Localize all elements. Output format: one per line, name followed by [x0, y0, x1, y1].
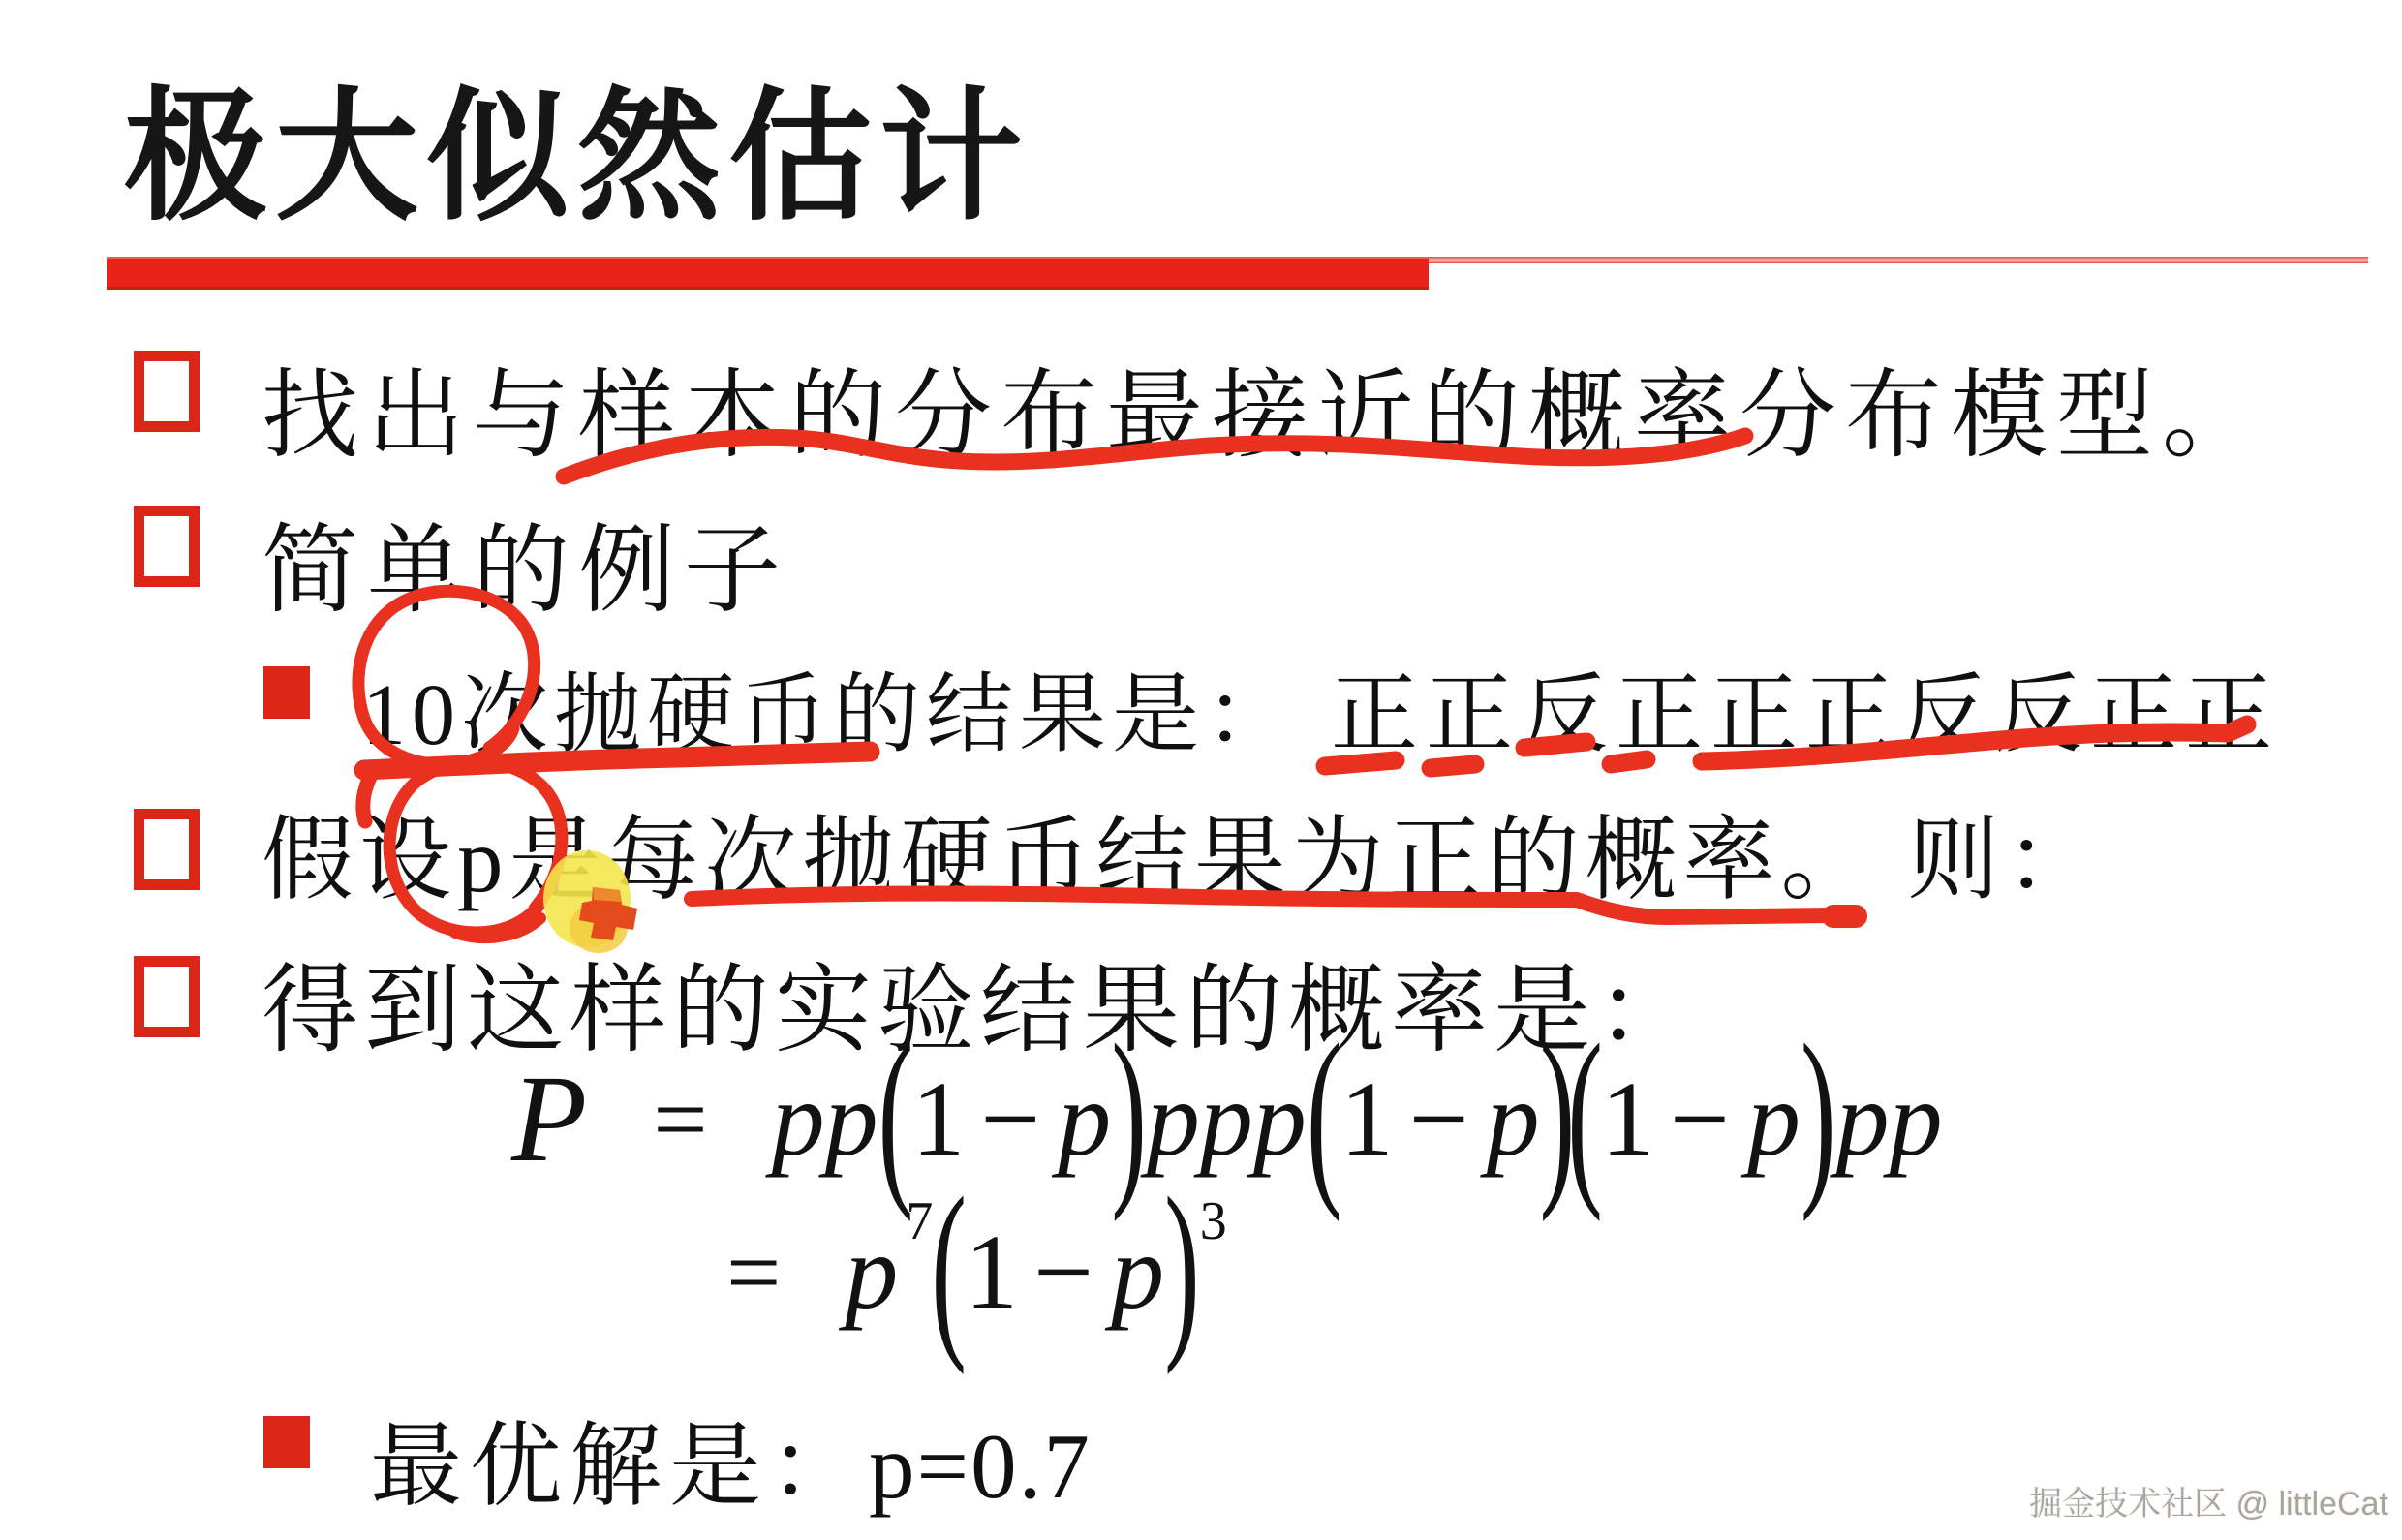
formula-token: p — [1054, 1058, 1115, 1181]
formula-token: p — [841, 1211, 902, 1334]
optimal-solution-prefix: 最优解是： — [370, 1415, 869, 1518]
formula-token: ) — [1164, 1153, 1200, 1380]
formula-line-2: =p7(1−p)3 — [666, 1199, 1229, 1344]
formula-token: − — [1670, 1058, 1730, 1181]
formula-token: pp — [768, 1058, 882, 1181]
coin-toss-prefix: 10次抛硬币的结果是： — [362, 667, 1298, 763]
bullet-text-find-model: 找出与样本的分布最接近的概率分布模型。 — [262, 337, 2267, 477]
presentation-slide: 极大似然估计 找出与样本的分布最接近的概率分布模型。 简单的例子 10次抛硬币的… — [0, 0, 2402, 1540]
bullet-square-1 — [134, 351, 200, 432]
sub-bullet-square-2 — [263, 1416, 310, 1468]
formula-token: 1 — [1339, 1058, 1396, 1181]
title-divider-bar — [107, 257, 1429, 290]
formula-line-1: P=pp(1−p)ppp(1−p)(1−p)pp — [511, 1046, 1947, 1191]
sub-bullet-coin-toss: 10次抛硬币的结果是：正正反正正正反反正正 — [362, 643, 2280, 769]
formula-token: 1 — [963, 1211, 1020, 1334]
sub-bullet-square-1 — [263, 666, 310, 719]
bullet-text-assume-p: 假设p是每次抛硬币结果为正的概率。 则： — [262, 786, 2103, 918]
formula-token: ( — [1307, 1000, 1342, 1227]
formula-token: − — [1409, 1058, 1469, 1181]
formula-token: p — [1743, 1058, 1804, 1181]
formula-token: − — [980, 1058, 1040, 1181]
formula-token: p — [1483, 1058, 1544, 1181]
formula-token: 3 — [1200, 1190, 1227, 1252]
formula-token: ( — [1567, 1000, 1603, 1227]
watermark: 掘金技术社区 @ littleCat — [2029, 1477, 2388, 1525]
formula-token: − — [1033, 1211, 1093, 1334]
sub-bullet-optimal-solution: 最优解是：p=0.7 — [370, 1393, 1092, 1525]
optimal-solution-value: p=0.7 — [869, 1415, 1092, 1518]
bullet-square-2 — [134, 506, 200, 587]
formula-token: ) — [1801, 1000, 1836, 1227]
bullet-square-4 — [134, 956, 200, 1037]
bullet-text-simple-example: 简单的例子 — [262, 492, 789, 631]
formula-token: p — [1107, 1211, 1168, 1334]
slide-title: 极大似然估计 — [124, 79, 1031, 237]
title-divider-line — [1429, 257, 2368, 263]
formula-token: P — [511, 1048, 593, 1190]
formula-token: = — [653, 1063, 707, 1175]
formula-token: = — [726, 1217, 781, 1328]
formula-token: pp — [1832, 1058, 1947, 1181]
formula-token: ) — [1111, 1000, 1147, 1227]
bullet-square-3 — [134, 809, 200, 890]
formula-token: 1 — [1599, 1058, 1656, 1181]
formula-token: 7 — [906, 1190, 933, 1252]
formula-token: ( — [931, 1153, 967, 1380]
coin-toss-sequence: 正正反正正正反反正正 — [1331, 667, 2280, 763]
